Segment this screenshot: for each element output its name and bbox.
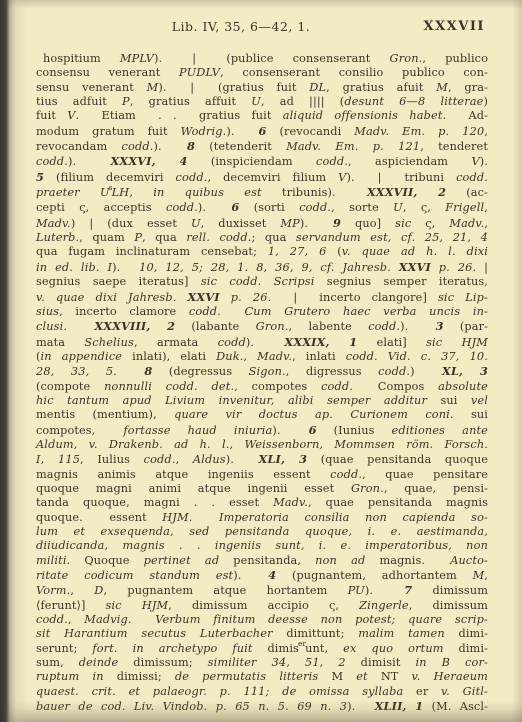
- text-line: sum, deinde dimissum; similiter 34, 51, …: [36, 656, 488, 670]
- text-line: modum gratum fuit Wodrig.). 6 (revocandi…: [36, 124, 488, 139]
- text-line: (compote nonnulli codd. det., compotes c…: [36, 380, 488, 394]
- text-line: qua fugam inclinaturam censebat; 1, 27, …: [36, 245, 488, 259]
- text-line: (in appendice inlati), elati Duk., Madv.…: [36, 350, 488, 364]
- text-line: serunt; fort. in archetypo fuit dimiseru…: [36, 642, 488, 656]
- text-line: lum et exsequenda, sed pensitanda quoque…: [36, 525, 488, 539]
- text-line: mata Schelius, armata codd). XXXIX, 1 el…: [36, 335, 488, 350]
- scan-edge-left: [0, 0, 30, 722]
- text-line: compotes, fortasse haud iniuria). 6 (Iun…: [36, 423, 488, 438]
- text-line: quoque. essent HJM. Imperatoria consilia…: [36, 511, 488, 525]
- text-line: cepti ς, acceptis codd.). 6 (sorti codd.…: [36, 200, 488, 215]
- text-line: praeter UsLH, in quibus est tribunis). X…: [36, 185, 488, 200]
- text-line: clusi. XXXVIII, 2 (labante Gron., labent…: [36, 319, 488, 334]
- text-line: tanda quoque, magni . . esset Madv., qua…: [36, 496, 488, 510]
- text-line: diiudicanda, magnis . . ingeniis sunt, i…: [36, 539, 488, 553]
- document-page: Lib. IV, 35, 6—42, 1. XXXVII hospitium M…: [0, 0, 522, 722]
- text-line: 5 (filium decemviri codd., decemviri fil…: [36, 170, 488, 185]
- text-line: codd., Madvig. Verbum finitum deesse non…: [36, 613, 488, 627]
- text-line: sit Harantium secutus Luterbacher dimitt…: [36, 627, 488, 641]
- scan-shadow-top: [0, 0, 522, 9]
- text-line: sensu venerant M). | (gratius fuit DL, g…: [36, 81, 488, 95]
- text-line: magnis animis atque ingeniis essent codd…: [36, 468, 488, 482]
- text-line: quoque magni animi atque ingenii esset G…: [36, 482, 488, 496]
- text-line: bauer de cod. Liv. Vindob. p. 65 n. 5. 6…: [36, 699, 488, 714]
- text-line: consensu venerant PUDLV, consenserant co…: [36, 66, 488, 80]
- text-line: revocandam codd.). 8 (tetenderit Madv. E…: [36, 139, 488, 154]
- text-line: segnius saepe iteratus] sic codd. Scrips…: [36, 275, 488, 289]
- page-number: XXXVII: [423, 19, 485, 34]
- text-line: Vorm., D, pugnantem atque hortantem PU).…: [36, 583, 488, 598]
- apparatus-text: hospitium MPLV). | (publice consenserant…: [36, 52, 488, 714]
- text-line: 28, 33, 5. 8 (degressus Sigon., digressu…: [36, 364, 488, 379]
- text-line: in ed. lib. I). 10, 12, 5; 28, 1. 8, 36,…: [36, 260, 488, 275]
- text-line: sius, incerto clamore codd. Cum Grutero …: [36, 305, 488, 319]
- text-line: Luterb., quam P, qua rell. codd.; qua se…: [36, 231, 488, 245]
- text-line: v. quae dixi Jahresb. XXVI p. 26. | ince…: [36, 290, 488, 305]
- text-line: mentis (mentium), quare vir doctus ap. C…: [36, 408, 488, 422]
- running-title: Lib. IV, 35, 6—42, 1.: [15, 19, 467, 34]
- text-line: I, 115, Iulius codd., Aldus). XLI, 3 (qu…: [36, 452, 488, 467]
- scan-shadow-right: [512, 0, 522, 722]
- running-header: Lib. IV, 35, 6—42, 1. XXXVII: [36, 19, 488, 37]
- text-line: quaest. crit. et palaeogr. p. 111; de om…: [36, 685, 488, 699]
- text-line: ritate codicum standum est). 4 (pugnante…: [36, 568, 488, 583]
- text-line: hic tantum apud Livium invenitur, alibi …: [36, 394, 488, 408]
- text-line: Aldum, v. Drakenb. ad h. l., Weissenborn…: [36, 438, 488, 452]
- text-line: fuit V. Etiam . . gratius fuit aliquid o…: [36, 109, 488, 123]
- text-line: ruptum in dimissi; de permutatis litteri…: [36, 670, 488, 684]
- text-line: ⟨ferunt⟩] sic HJM, dimissum accipio ς, Z…: [36, 599, 488, 613]
- text-line: hospitium MPLV). | (publice consenserant…: [36, 52, 488, 66]
- text-line: Madv.) | (dux esset U, duxisset MP). 9 q…: [36, 216, 488, 231]
- text-line: militi. Quoque pertinet ad pensitanda, n…: [36, 554, 488, 568]
- text-line: codd.). XXXVI, 4 (inspiciendam codd., as…: [36, 154, 488, 169]
- text-line: tius adfuit P, gratius affuit U, ad ||||…: [36, 95, 488, 109]
